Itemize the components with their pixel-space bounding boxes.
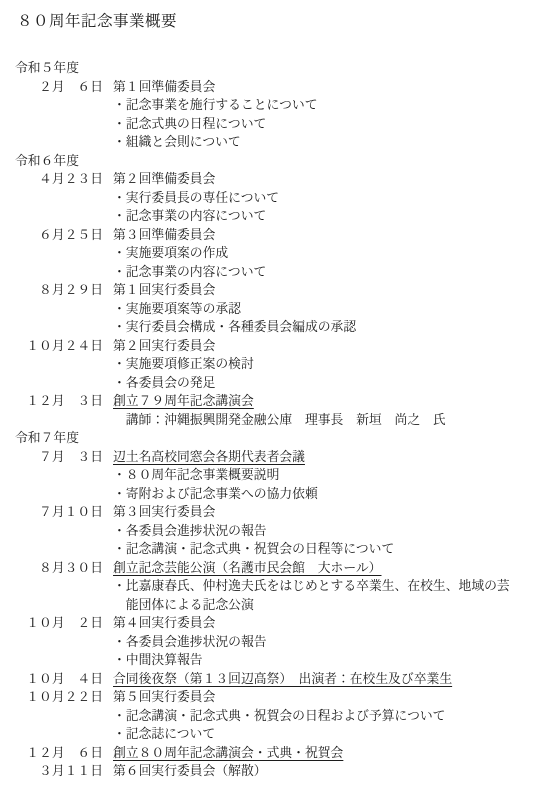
event-title: 創立７９周年記念講演会 [113,392,254,411]
event-title: 辺土名高校同窓会各期代表者会議 [113,448,305,467]
event-date: １０月 ２日 [15,614,103,633]
fiscal-year-section: 令和５年度２月 ６日第１回準備委員会・記念事業を施行することについて・記念式典の… [0,59,543,152]
event-detail: ・８０周年記念事業概要説明 [113,466,529,485]
event-detail: ・実行委員長の専任について [113,189,529,208]
event-detail: ・記念事業の内容について [113,263,529,282]
event-date: １０月２４日 [15,337,103,356]
event-row: ２月 ６日第１回準備委員会 [0,78,543,97]
event-detail: ・記念事業の内容について [113,207,529,226]
event-date: １０月 ４日 [15,670,103,689]
event-title: 第２回実行委員会 [113,337,215,356]
event-date: ８月３０日 [15,559,103,578]
event-detail: ・各委員会進捗状況の報告 [113,633,529,652]
event-date: １２月 ３日 [15,392,103,411]
event-detail: ・寄附および記念事業への協力依頼 [113,485,529,504]
event-date: ８月２９日 [15,281,103,300]
event-detail: ・記念講演・記念式典・祝賀会の日程等について [113,540,529,559]
event-detail: ・各委員会の発足 [113,374,529,393]
fiscal-year-heading: 令和６年度 [0,152,543,171]
event-row: １０月２４日第２回実行委員会 [0,337,543,356]
timeline: 令和５年度２月 ６日第１回準備委員会・記念事業を施行することについて・記念式典の… [0,59,543,781]
event-date: ４月２３日 [15,170,103,189]
event-row: １０月 ４日合同後夜祭（第１３回辺高祭） 出演者：在校生及び卒業生 [0,670,543,689]
event-date: ７月１０日 [15,503,103,522]
event-row: ６月２５日第３回準備委員会 [0,226,543,245]
event-row: ８月２９日第１回実行委員会 [0,281,543,300]
event-date: ７月 ３日 [15,448,103,467]
event-detail: ・記念事業を施行することについて [113,96,529,115]
event-detail: ・各委員会進捗状況の報告 [113,522,529,541]
event-detail: ・実施要項修正案の検討 [113,355,529,374]
event-title: 第３回実行委員会 [113,503,215,522]
event-row: ７月 ３日辺土名高校同窓会各期代表者会議 [0,448,543,467]
event-detail: ・実行委員会構成・各種委員会編成の承認 [113,318,529,337]
event-detail: ・実施要項案等の承認 [113,300,529,319]
event-detail: ・記念誌について [113,725,529,744]
event-row: １０月 ２日第４回実行委員会 [0,614,543,633]
event-title: 創立記念芸能公演（名護市民会館 大ホール） [113,559,381,578]
event-title: 第３回準備委員会 [113,226,215,245]
event-date: ６月２５日 [15,226,103,245]
event-detail: ・記念式典の日程について [113,115,529,134]
page-title: ８０周年記念事業概要 [0,12,543,32]
event-date: １０月２２日 [15,688,103,707]
fiscal-year-heading: 令和７年度 [0,429,543,448]
document-page: ８０周年記念事業概要 令和５年度２月 ６日第１回準備委員会・記念事業を施行するこ… [0,0,543,793]
event-row: １２月 ３日創立７９周年記念講演会 [0,392,543,411]
event-date: ２月 ６日 [15,78,103,97]
event-row: １０月２２日第５回実行委員会 [0,688,543,707]
event-row: ７月１０日第３回実行委員会 [0,503,543,522]
event-detail: ・組織と会則について [113,133,529,152]
event-title: 第６回実行委員会（解散） [113,762,267,781]
event-detail: ・実施要項案の作成 [113,244,529,263]
event-detail: ・記念講演・記念式典・祝賀会の日程および予算について [113,707,529,726]
fiscal-year-section: 令和６年度４月２３日第２回準備委員会・実行委員長の専任について・記念事業の内容に… [0,152,543,430]
event-row: ４月２３日第２回準備委員会 [0,170,543,189]
event-detail: 講師：沖縄振興開発金融公庫 理事長 新垣 尚之 氏 [113,411,529,430]
event-date: １２月 ６日 [15,744,103,763]
fiscal-year-heading: 令和５年度 [0,59,543,78]
event-title: 創立８０周年記念講演会・式典・祝賀会 [113,744,343,763]
fiscal-year-section: 令和７年度７月 ３日辺土名高校同窓会各期代表者会議・８０周年記念事業概要説明・寄… [0,429,543,781]
event-detail: ・中間決算報告 [113,651,529,670]
event-title: 第１回実行委員会 [113,281,215,300]
event-title: 第２回準備委員会 [113,170,215,189]
event-title: 第１回準備委員会 [113,78,215,97]
event-date: ３月１１日 [15,762,103,781]
event-title: 合同後夜祭（第１３回辺高祭） 出演者：在校生及び卒業生 [113,670,452,689]
event-row: ３月１１日第６回実行委員会（解散） [0,762,543,781]
event-row: １２月 ６日創立８０周年記念講演会・式典・祝賀会 [0,744,543,763]
event-title: 第４回実行委員会 [113,614,215,633]
event-row: ８月３０日創立記念芸能公演（名護市民会館 大ホール） [0,559,543,578]
event-detail: 能団体による記念公演 [113,596,529,615]
event-detail: ・比嘉康春氏、仲村逸夫氏をはじめとする卒業生、在校生、地域の芸 [113,577,529,596]
event-title: 第５回実行委員会 [113,688,215,707]
